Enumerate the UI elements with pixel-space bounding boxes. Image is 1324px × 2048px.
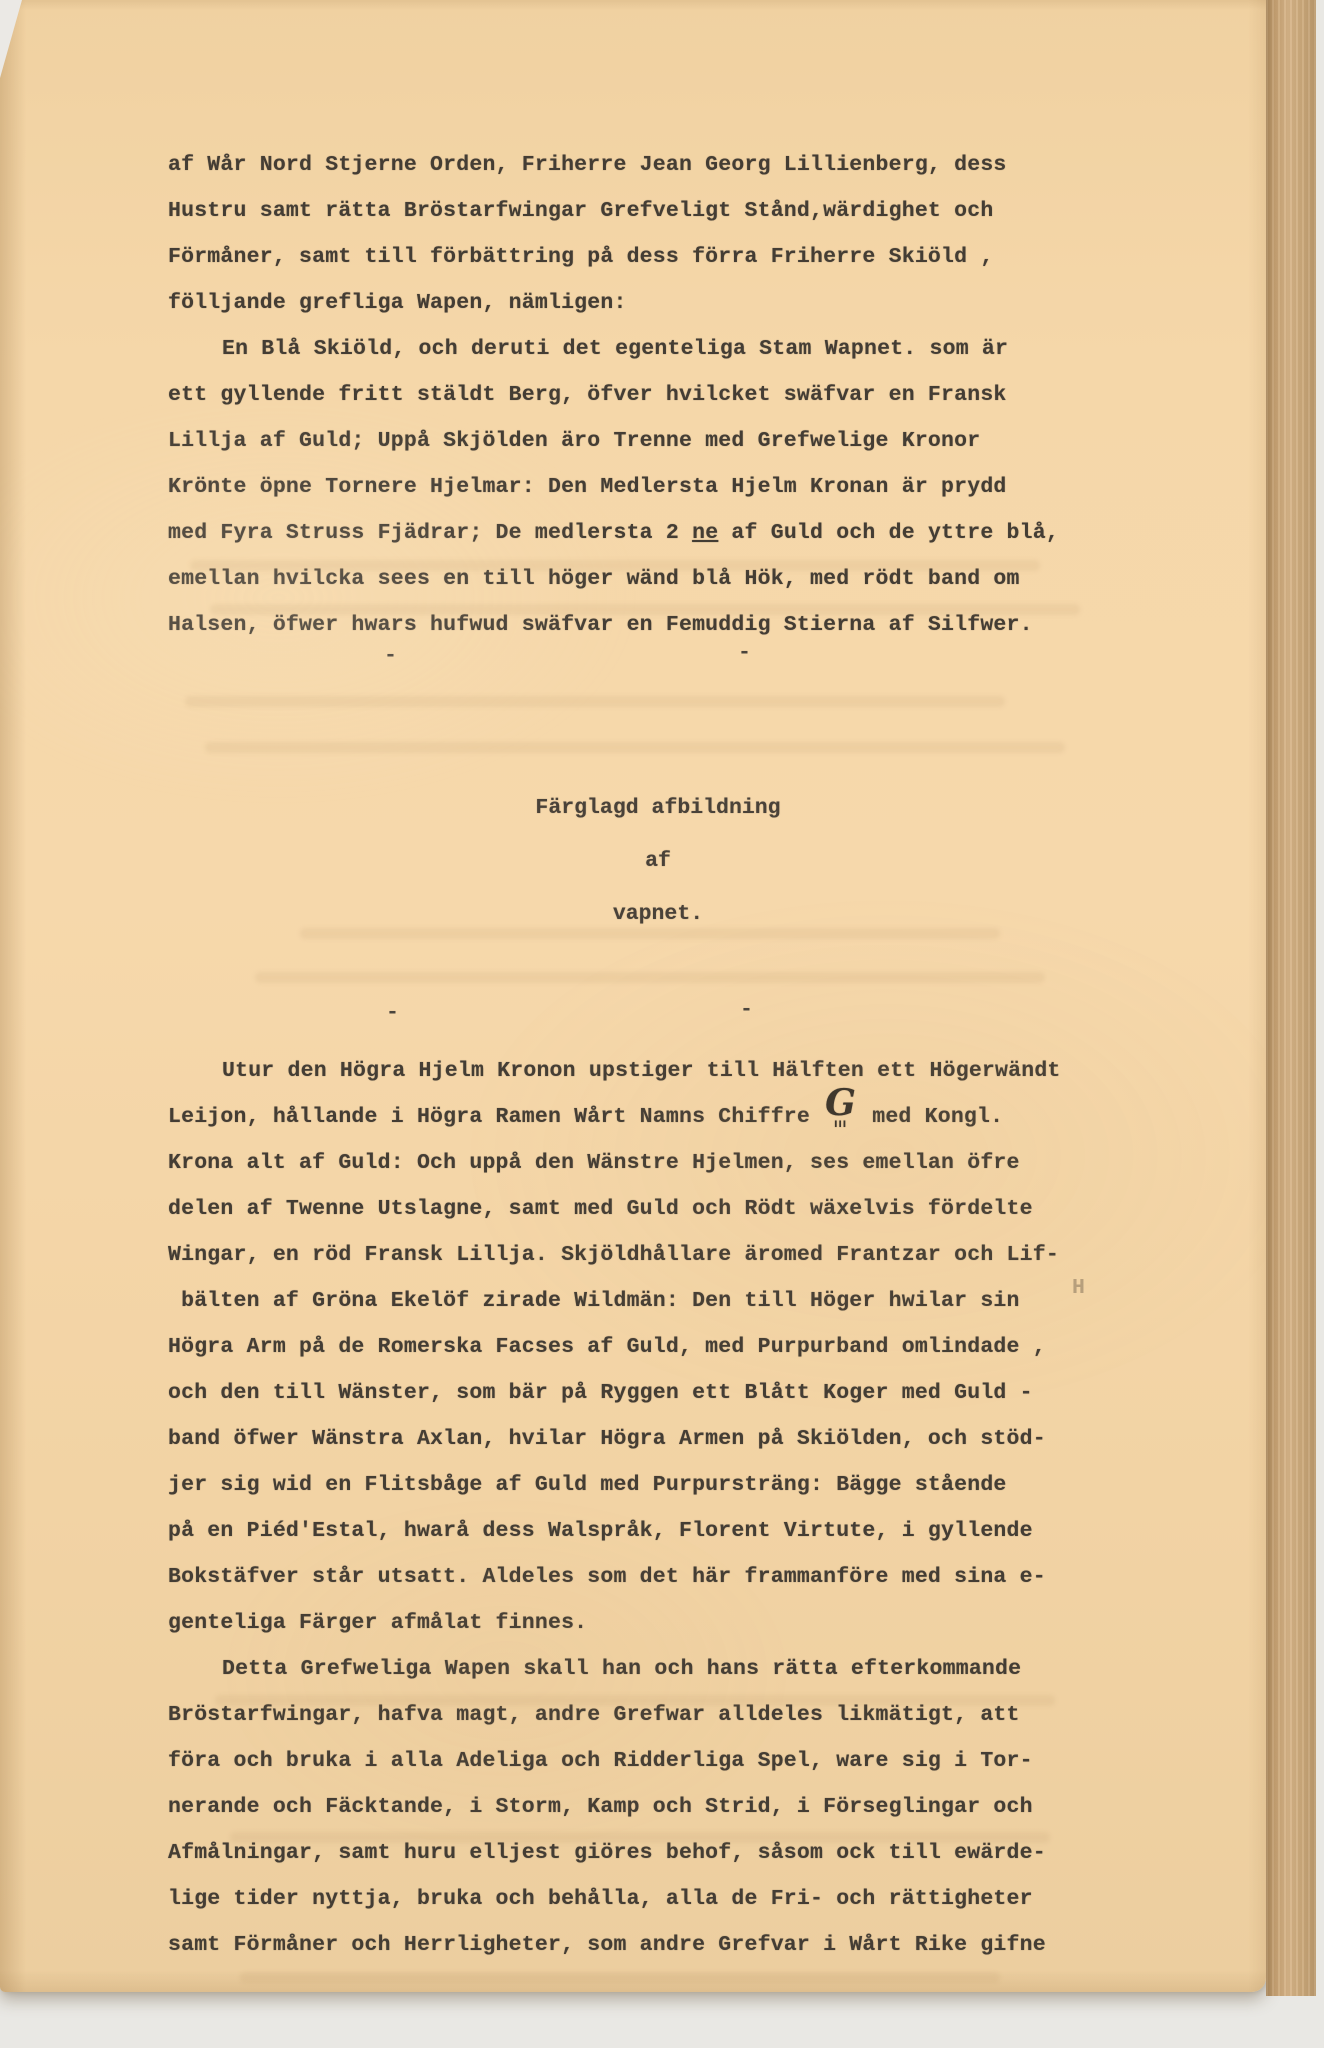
- text-line: Krönte öpne Tornere Hjelmar: Den Medlers…: [168, 464, 1118, 510]
- text-line: Krona alt af Guld: Och uppå den Wänstre …: [168, 1140, 1118, 1186]
- underlined-word: ne: [692, 521, 718, 545]
- text-line-with-monogram: Leijon, hållande i Högra Ramen Wårt Namn…: [168, 1094, 1118, 1140]
- text-line-with-underline: med Fyra Struss Fjädrar; De medlersta 2 …: [168, 510, 1118, 556]
- text-line: på en Piéd'Estal, hwarå dess Walspråk, F…: [168, 1508, 1118, 1554]
- faint-bleed-character: H: [1072, 1276, 1085, 1300]
- scanned-document-screenshot: { "document": { "para1_lines": [ "af Wår…: [0, 0, 1324, 2048]
- caption-block: Färglagd afbildning af vapnet.: [168, 782, 1148, 941]
- text-line: af Wår Nord Stjerne Orden, Friherre Jean…: [168, 142, 1118, 188]
- text-line: Förmåner, samt till förbättring på dess …: [168, 234, 1118, 280]
- text-line: Högra Arm på de Romerska Facses af Guld,…: [168, 1324, 1118, 1370]
- separator-dash: -: [738, 641, 751, 665]
- caption-line: af: [168, 835, 1148, 888]
- bleed-through-smudge: [255, 972, 1045, 983]
- text-segment: af Guld och de yttre blå,: [718, 521, 1059, 545]
- text-line: ett gyllende fritt stäldt Berg, öfver hv…: [168, 372, 1118, 418]
- text-line: Wingar, en röd Fransk Lillja. Skjöldhåll…: [168, 1232, 1118, 1278]
- separator-dash: -: [740, 998, 753, 1022]
- text-line: nerande och Fäcktande, i Storm, Kamp och…: [168, 1784, 1118, 1830]
- bleed-through-smudge: [230, 1832, 1050, 1843]
- royal-cipher-monogram-icon: GIII: [823, 1099, 859, 1129]
- bleed-through-smudge: [205, 742, 1065, 753]
- separator-dash: -: [384, 644, 397, 668]
- bleed-through-smudge: [240, 1972, 1000, 1983]
- text-line: fölljande grefliga Wapen, nämligen:: [168, 280, 1118, 326]
- text-line: lige tider nyttja, bruka och behålla, al…: [168, 1876, 1118, 1922]
- text-line: Detta Grefweliga Wapen skall han och han…: [168, 1646, 1118, 1692]
- text-line: bälten af Gröna Ekelöf zirade Wildmän: D…: [168, 1278, 1118, 1324]
- text-line: Bokstäfver står utsatt. Aldeles som det …: [168, 1554, 1118, 1600]
- text-segment: med Fyra Struss Fjädrar; De medlersta 2: [168, 521, 692, 545]
- text-block-lower: Utur den Högra Hjelm Kronon upstiger til…: [168, 1048, 1118, 1968]
- text-line: och den till Wänster, som bär på Ryggen …: [168, 1370, 1118, 1416]
- text-line: band öfwer Wänstra Axlan, hvilar Högra A…: [168, 1416, 1118, 1462]
- separator-dash: -: [386, 1001, 399, 1025]
- scanner-bed-notch: [0, 0, 22, 78]
- text-block-upper: af Wår Nord Stjerne Orden, Friherre Jean…: [168, 142, 1118, 648]
- text-line: En Blå Skiöld, och deruti det egenteliga…: [168, 326, 1118, 372]
- text-line: Hustru samt rätta Bröstarfwingar Grefvel…: [168, 188, 1118, 234]
- caption-line: Färglagd afbildning: [168, 782, 1148, 835]
- text-segment: Leijon, hållande i Högra Ramen Wårt Namn…: [168, 1105, 823, 1129]
- text-line: Utur den Högra Hjelm Kronon upstiger til…: [168, 1048, 1118, 1094]
- bleed-through-smudge: [300, 928, 1000, 939]
- text-line: Lillja af Guld; Uppå Skjölden äro Trenne…: [168, 418, 1118, 464]
- monogram-numeral: III: [834, 1102, 847, 1148]
- adjacent-page-edge: [1266, 0, 1316, 1996]
- text-line: genteliga Färger afmålat finnes.: [168, 1600, 1118, 1646]
- text-line: delen af Twenne Utslagne, samt med Guld …: [168, 1186, 1118, 1232]
- document-page: af Wår Nord Stjerne Orden, Friherre Jean…: [0, 0, 1266, 1992]
- text-line: föra och bruka i alla Adeliga och Ridder…: [168, 1738, 1118, 1784]
- bleed-through-smudge: [190, 560, 1040, 571]
- text-segment: med Kongl.: [859, 1105, 1003, 1129]
- text-line: samt Förmåner och Herrligheter, som andr…: [168, 1922, 1118, 1968]
- text-line: jer sig wid en Flitsbåge af Guld med Pur…: [168, 1462, 1118, 1508]
- bleed-through-smudge: [185, 696, 1005, 707]
- bleed-through-smudge: [210, 604, 1080, 615]
- bleed-through-smudge: [215, 1695, 1055, 1706]
